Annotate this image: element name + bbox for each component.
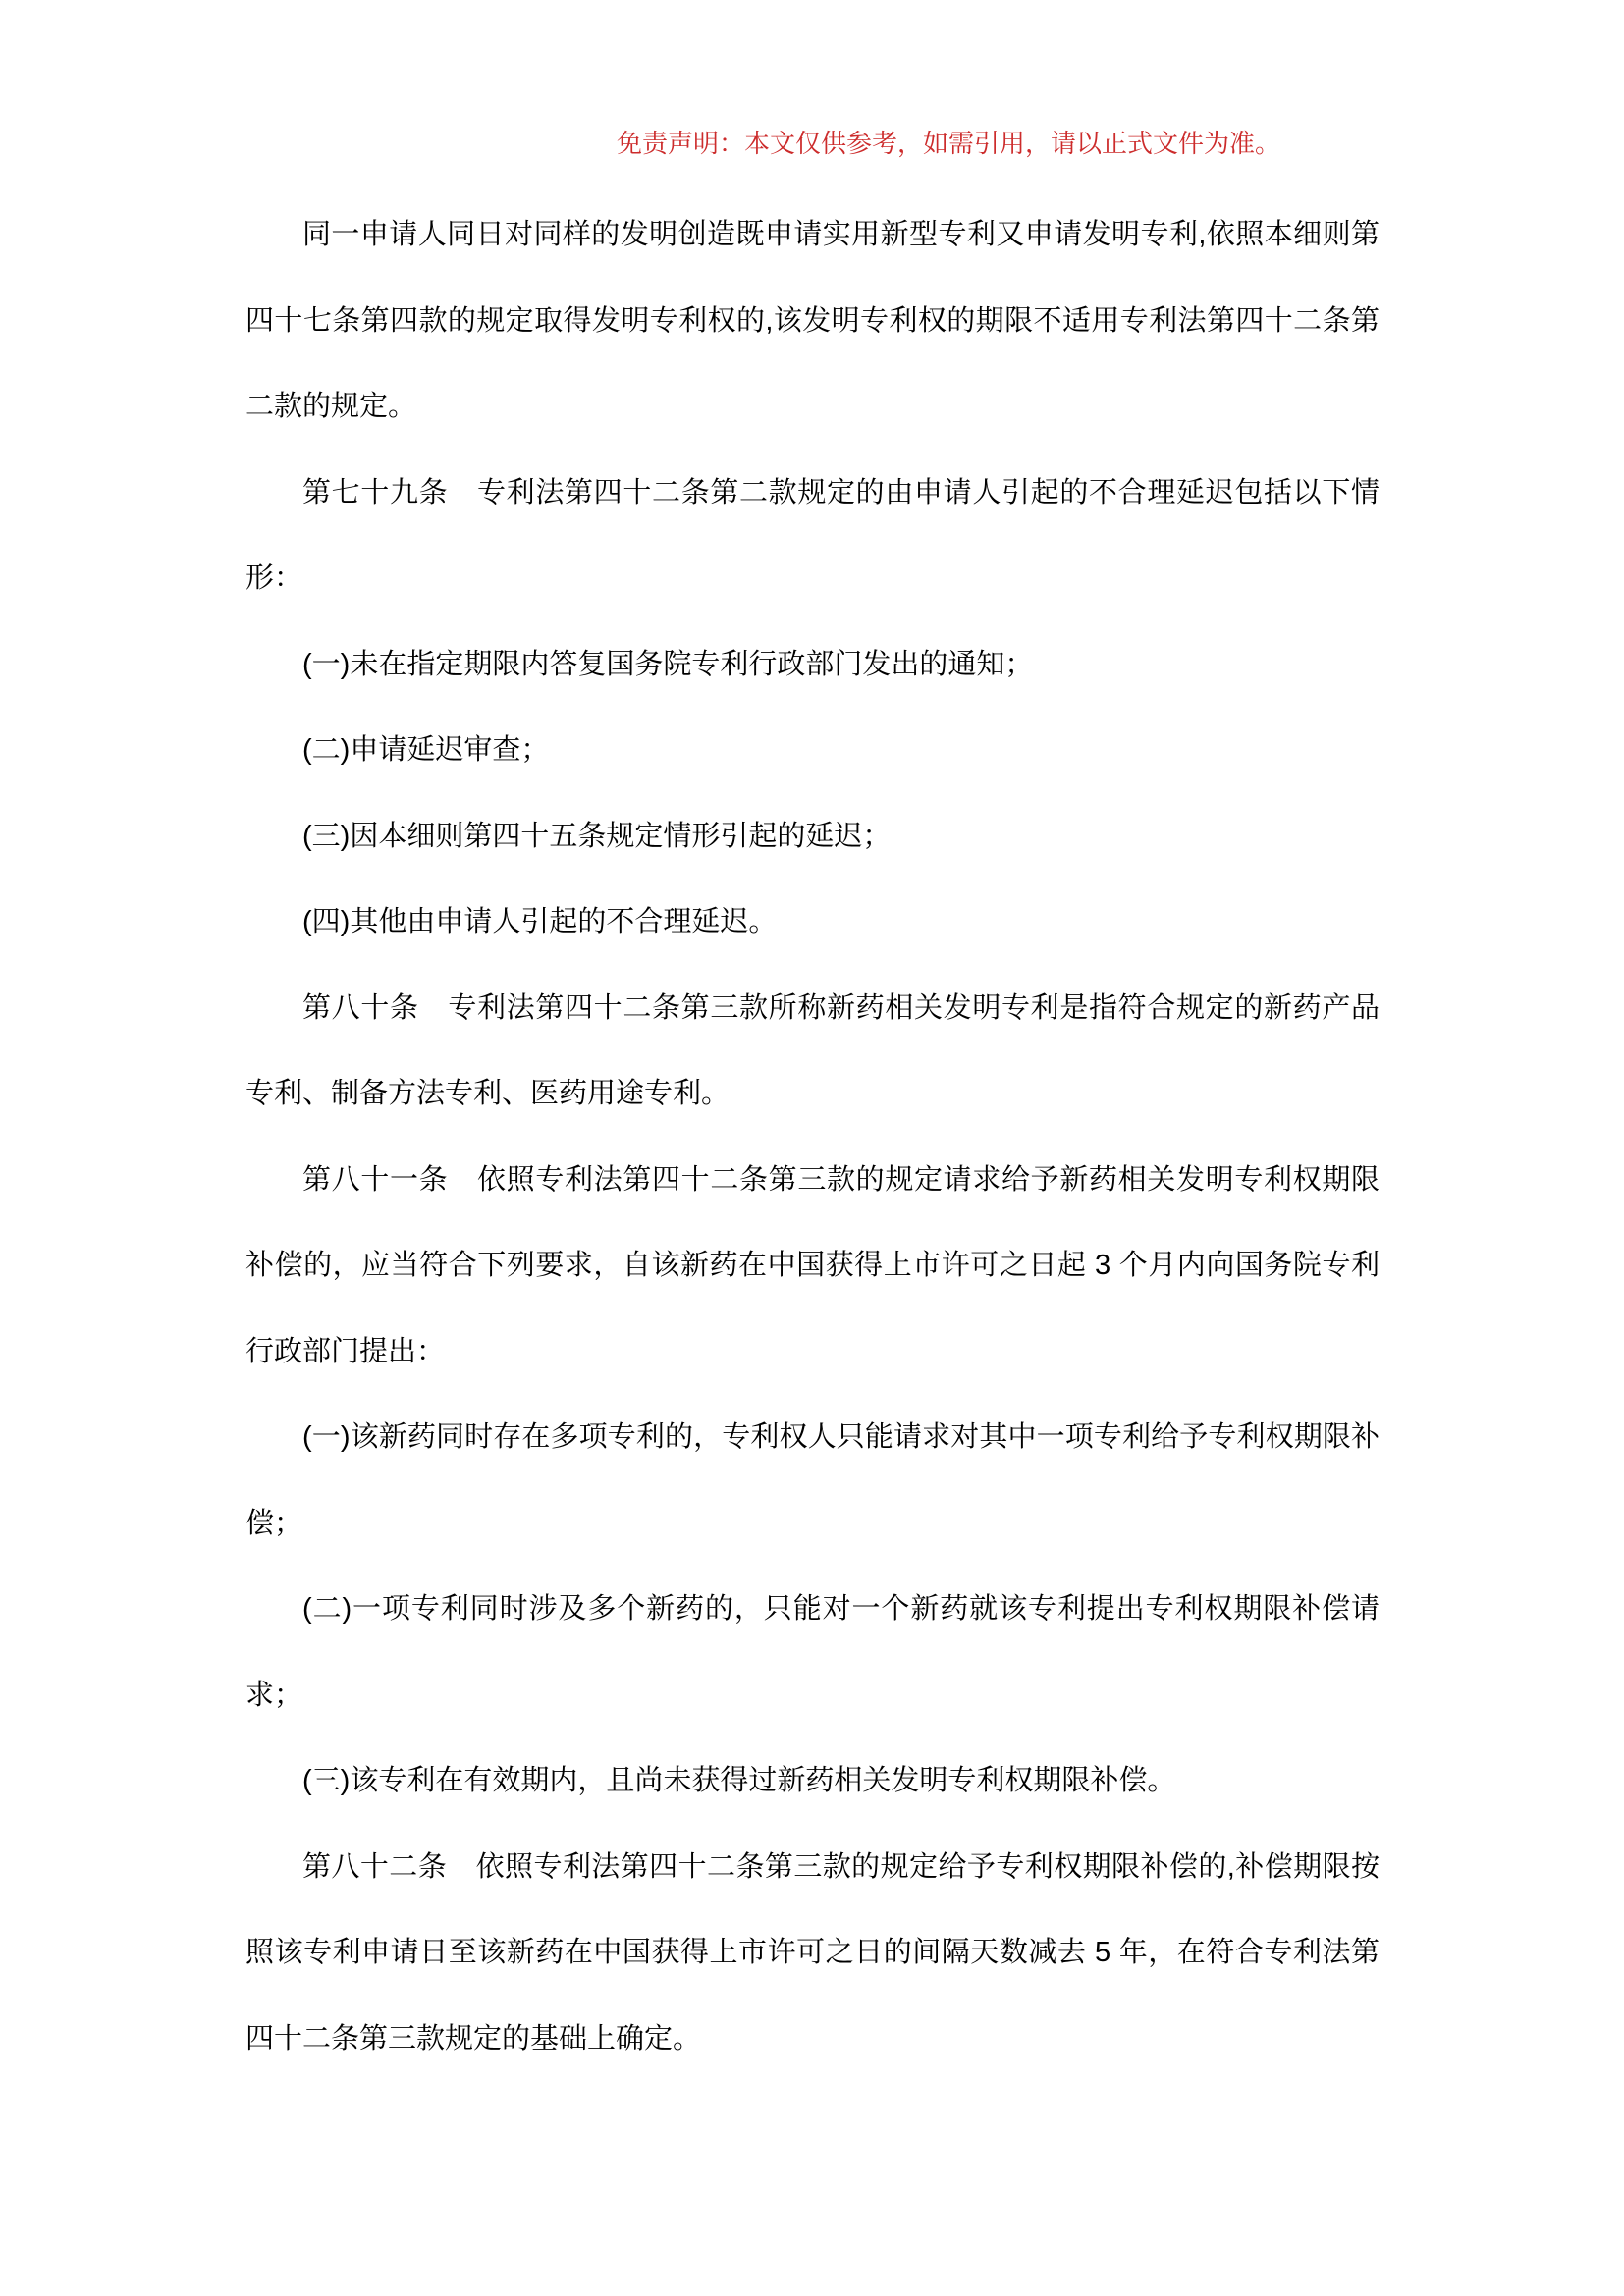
document-body: 同一申请人同日对同样的发明创造既申请实用新型专利又申请发明专利,依照本细则第四十…	[245, 192, 1380, 2082]
paragraph: (三)该专利在有效期内，且尚未获得过新药相关发明专利权期限补偿。	[245, 1738, 1380, 1825]
paragraph: (四)其他由申请人引起的不合理延迟。	[245, 880, 1380, 966]
paragraph: (二)申请延迟审查；	[245, 708, 1380, 794]
paragraph: 第八十二条 依照专利法第四十二条第三款的规定给予专利权期限补偿的,补偿期限按照该…	[245, 1825, 1380, 2083]
paragraph: (一)未在指定期限内答复国务院专利行政部门发出的通知；	[245, 622, 1380, 709]
paragraph: 同一申请人同日对同样的发明创造既申请实用新型专利又申请发明专利,依照本细则第四十…	[245, 192, 1380, 451]
paragraph: (二)一项专利同时涉及多个新药的，只能对一个新药就该专利提出专利权期限补偿请求；	[245, 1567, 1380, 1738]
paragraph: 第八十条 专利法第四十二条第三款所称新药相关发明专利是指符合规定的新药产品专利、…	[245, 966, 1380, 1138]
paragraph: (一)该新药同时存在多项专利的，专利权人只能请求对其中一项专利给予专利权期限补偿…	[245, 1395, 1380, 1567]
document-page: 免责声明：本文仅供参考，如需引用，请以正式文件为准。 同一申请人同日对同样的发明…	[0, 0, 1624, 2296]
paragraph: 第八十一条 依照专利法第四十二条第三款的规定请求给予新药相关发明专利权期限补偿的…	[245, 1138, 1380, 1396]
paragraph: (三)因本细则第四十五条规定情形引起的延迟；	[245, 794, 1380, 881]
disclaimer-text: 免责声明：本文仅供参考，如需引用，请以正式文件为准。	[617, 129, 1280, 158]
paragraph: 第七十九条 专利法第四十二条第二款规定的由申请人引起的不合理延迟包括以下情形：	[245, 451, 1380, 622]
